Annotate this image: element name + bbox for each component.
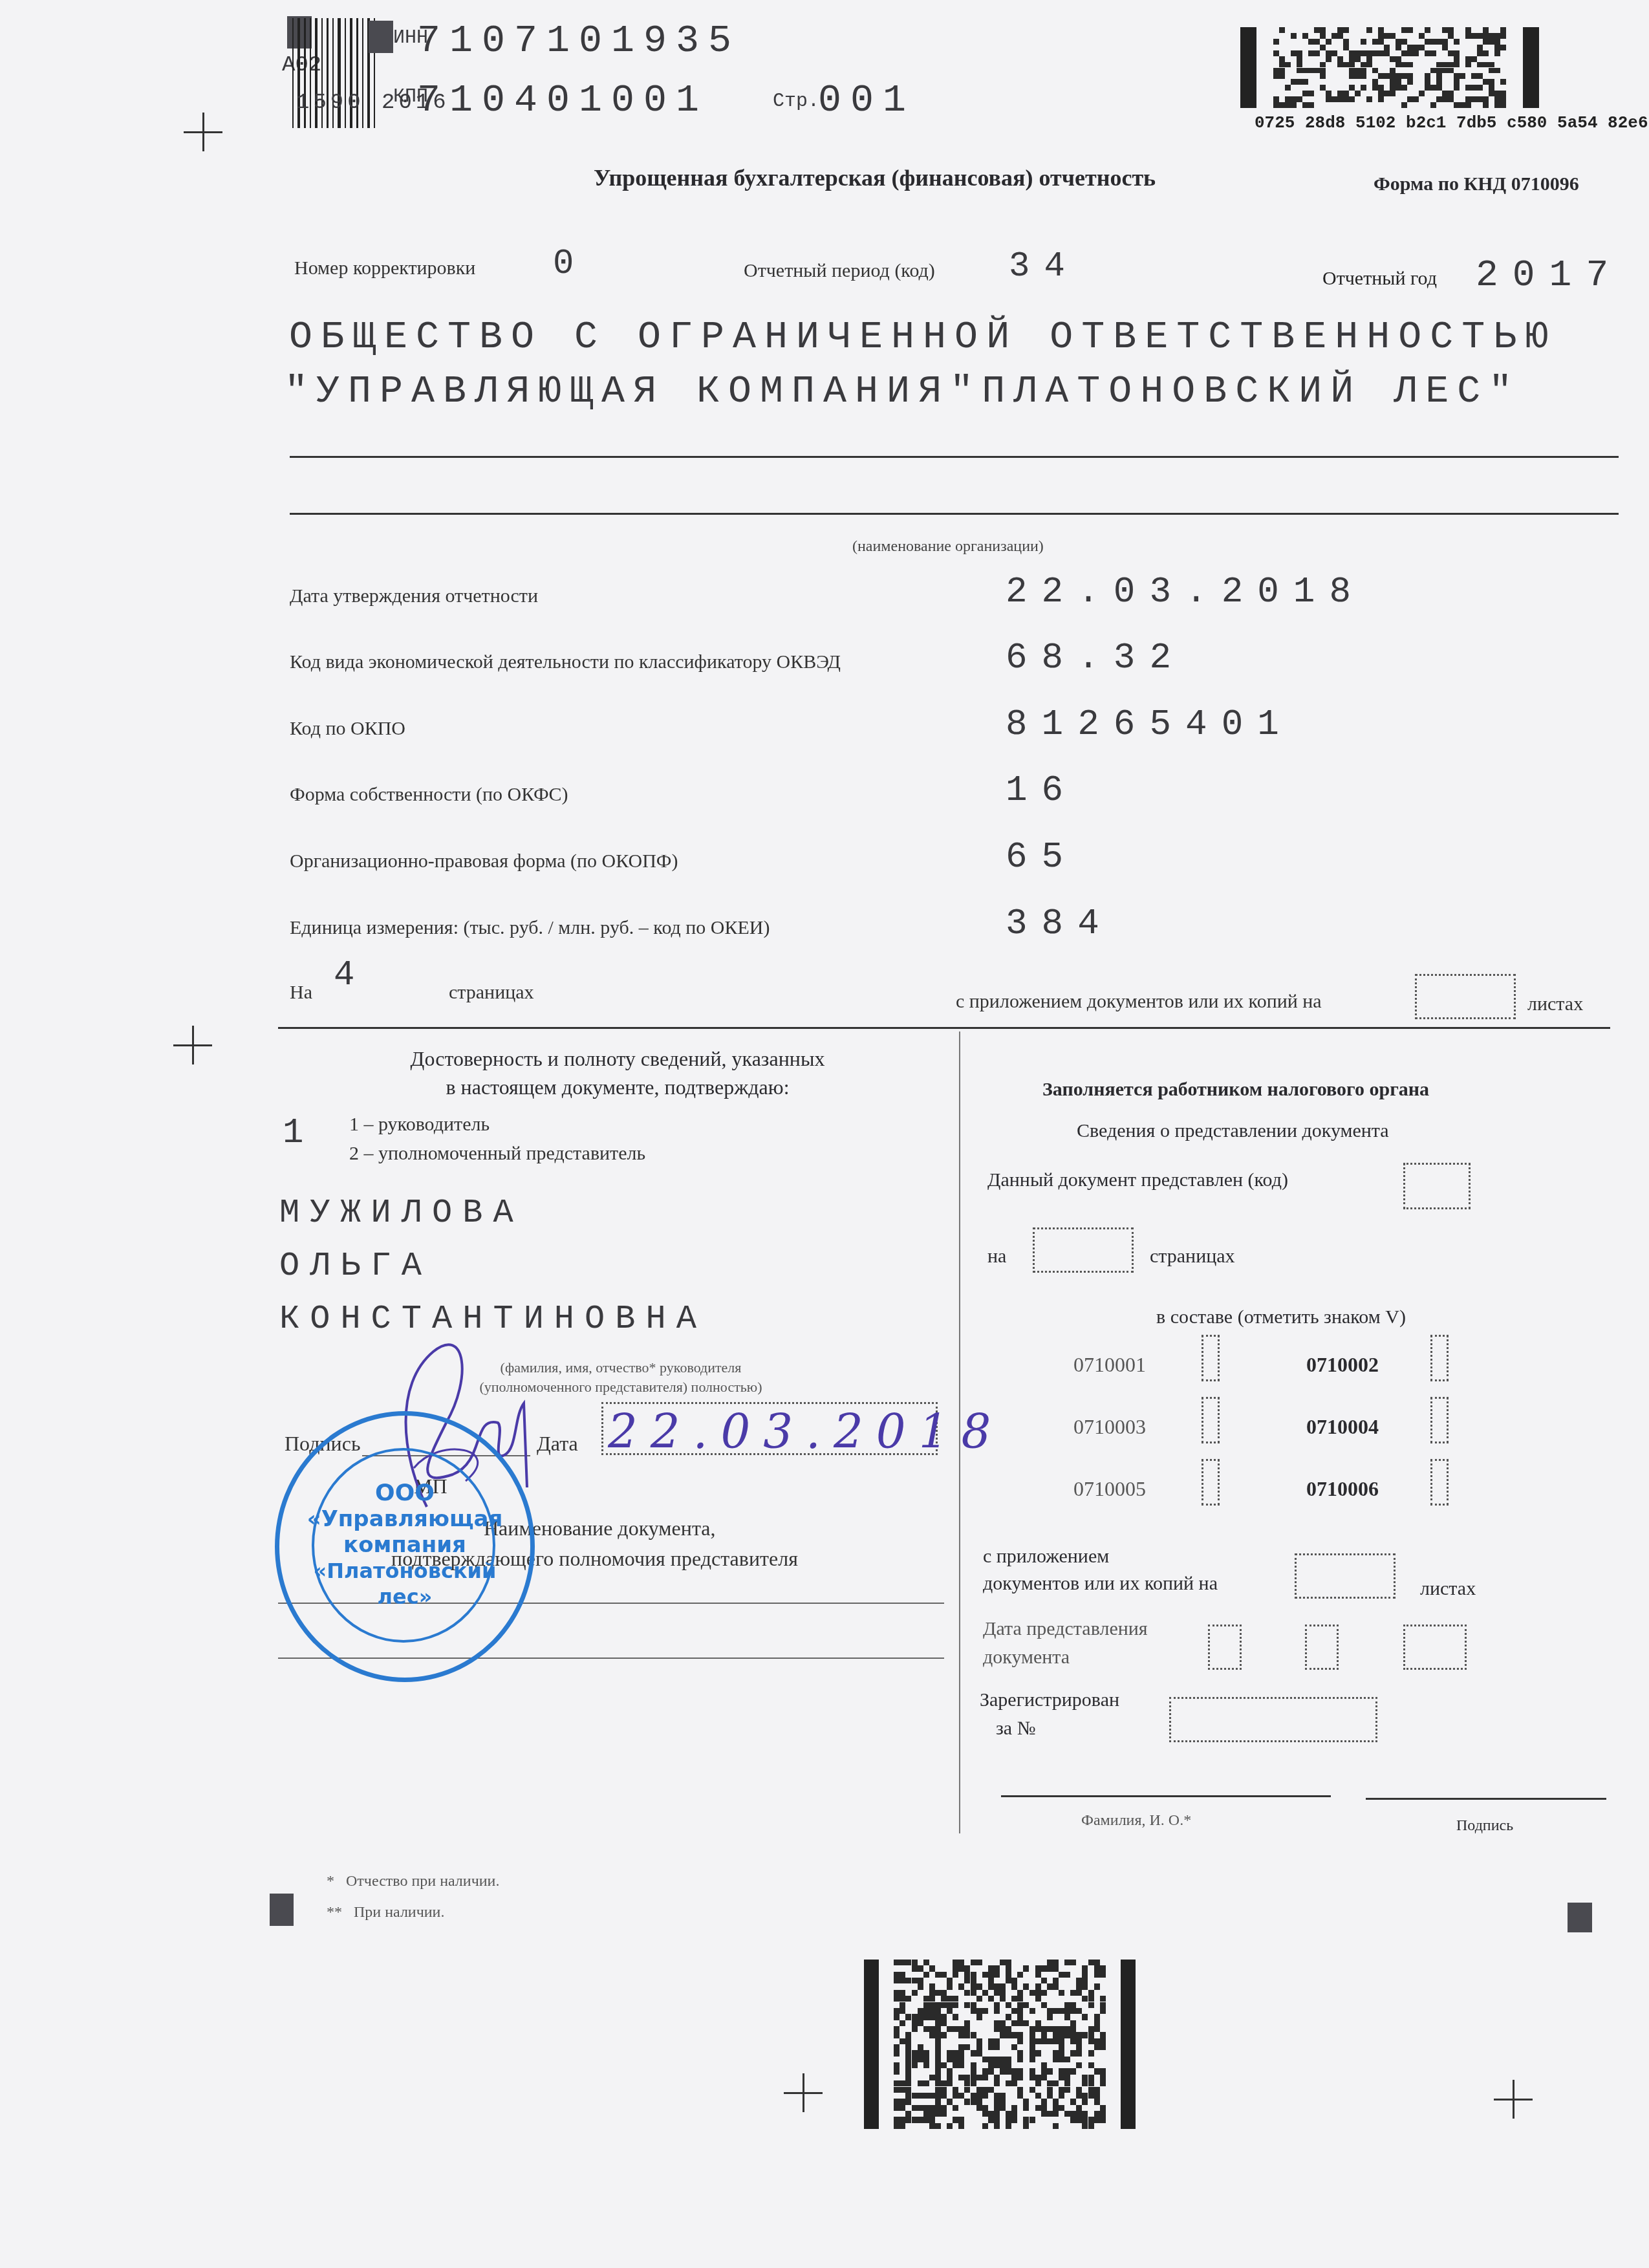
field-value: 65 <box>1006 836 1077 878</box>
field-value: 22.03.2018 <box>1006 571 1365 612</box>
tax-pages-field[interactable] <box>1033 1227 1134 1273</box>
correction-value: 0 <box>553 244 588 284</box>
field-label: Дата утверждения отчетности <box>290 585 538 607</box>
tax-attach-line2: документов или их копий на <box>983 1573 1218 1595</box>
submitted-code-field[interactable] <box>1403 1163 1471 1209</box>
registration-cross <box>784 2073 823 2112</box>
confirmation-heading-line1: Достоверность и полноту сведений, указан… <box>285 1044 951 1073</box>
field-label: Код вида экономической деятельности по к… <box>290 651 841 673</box>
attachments-suffix: листах <box>1527 993 1583 1015</box>
signer-surname: МУЖИЛОВА <box>279 1194 524 1232</box>
registered-line1: Зарегистрирован <box>980 1689 1119 1711</box>
section-divider <box>278 1027 1610 1029</box>
seal-line: лес» <box>279 1584 530 1610</box>
field-value: 384 <box>1006 903 1114 944</box>
registration-number-field[interactable] <box>1169 1697 1377 1742</box>
kpp-value: 710401001 <box>417 79 708 123</box>
seal-line: «Управляющая <box>279 1506 530 1532</box>
tax-signature-caption: Подпись <box>1456 1817 1513 1835</box>
submission-date-line1: Дата представления <box>983 1618 1148 1640</box>
field-label: Код по ОКПО <box>290 718 405 740</box>
pdf417-barcode <box>1240 27 1539 108</box>
form-code-label: 0710003 <box>1073 1415 1146 1439</box>
year-value: 2017 <box>1476 255 1622 297</box>
registration-mark-square <box>369 21 393 53</box>
signer-name: ОЛЬГА <box>279 1247 432 1285</box>
period-value: 34 <box>1009 247 1079 286</box>
registration-cross <box>184 113 222 151</box>
year-label: Отчетный год <box>1322 268 1437 290</box>
registration-cross <box>173 1026 212 1064</box>
tax-office-heading: Заполняется работником налогового органа <box>1042 1079 1429 1101</box>
organization-name-line1: ОБЩЕСТВО С ОГРАНИЧЕННОЙ ОТВЕТСТВЕННОСТЬЮ <box>289 316 1557 360</box>
tax-attach-sheets-field[interactable] <box>1295 1553 1396 1599</box>
period-label: Отчетный период (код) <box>744 260 935 282</box>
form-code-label: 0710004 <box>1306 1415 1379 1439</box>
pages-prefix: На <box>290 982 312 1004</box>
page-label: Стр. <box>773 91 819 113</box>
company-seal: ООО «Управляющая компания «Платоновский … <box>275 1411 535 1682</box>
tax-pages-prefix: на <box>987 1246 1006 1268</box>
field-label: Единица измерения: (тыс. руб. / млн. руб… <box>290 917 770 939</box>
form-checkbox[interactable] <box>1202 1335 1220 1381</box>
attachments-label: с приложением документов или их копий на <box>956 991 1322 1013</box>
organization-caption: (наименование организации) <box>852 538 1044 556</box>
tax-attach-line1: с приложением <box>983 1546 1109 1568</box>
form-code-label: 0710006 <box>1306 1477 1379 1501</box>
field-value: 68.32 <box>1006 637 1185 678</box>
form-title: Упрощенная бухгалтерская (финансовая) от… <box>594 164 1156 191</box>
fio-caption: Фамилия, И. О.* <box>1081 1812 1191 1830</box>
pages-suffix: страницах <box>449 982 534 1004</box>
submission-date-line2: документа <box>983 1647 1070 1669</box>
pages-count: 4 <box>334 956 354 995</box>
tax-office-subheading: Сведения о представлении документа <box>1077 1120 1389 1142</box>
tax-signature-line <box>1366 1798 1606 1800</box>
seal-center-text: ООО «Управляющая компания «Платоновский … <box>279 1480 530 1610</box>
confirmation-heading: Достоверность и полноту сведений, указан… <box>285 1044 951 1101</box>
form-code-label: 0710005 <box>1073 1477 1146 1501</box>
form-code-label: 0710002 <box>1306 1353 1379 1377</box>
pdf417-barcode-bottom <box>864 1960 1136 2129</box>
tax-attach-suffix: листах <box>1420 1578 1476 1600</box>
role-option-representative: 2 – уполномоченный представитель <box>349 1143 645 1165</box>
field-value: 81265401 <box>1006 704 1293 745</box>
field-label: Организационно-правовая форма (по ОКОПФ) <box>290 850 678 872</box>
organization-underline <box>290 456 1619 458</box>
form-checkbox[interactable] <box>1202 1397 1220 1443</box>
attachments-sheets-field[interactable] <box>1415 974 1516 1019</box>
submitted-code-label: Данный документ представлен (код) <box>987 1169 1288 1191</box>
seal-line: ООО <box>279 1480 530 1506</box>
organization-name-line2: "УПРАВЛЯЮЩАЯ КОМПАНИЯ"ПЛАТОНОВСКИЙ ЛЕС" <box>285 370 1520 414</box>
tax-pages-suffix: страницах <box>1150 1246 1235 1268</box>
footnote-patronymic: * Отчество при наличии. <box>327 1873 499 1890</box>
form-checkbox[interactable] <box>1430 1459 1449 1506</box>
form-checkbox[interactable] <box>1430 1397 1449 1443</box>
knd-code: Форма по КНД 0710096 <box>1374 173 1579 195</box>
submission-year-field[interactable] <box>1403 1625 1467 1670</box>
composition-label: в составе (отметить знаком V) <box>1156 1306 1406 1328</box>
sign-date-handwritten: 22.03.2018 <box>608 1405 1004 1459</box>
form-checkbox[interactable] <box>1430 1335 1449 1381</box>
seal-line: «Платоновский <box>279 1558 530 1584</box>
confirmation-heading-line2: в настоящем документе, подтверждаю: <box>285 1073 951 1101</box>
submission-day-field[interactable] <box>1208 1625 1242 1670</box>
submission-month-field[interactable] <box>1305 1625 1339 1670</box>
role-option-head: 1 – руководитель <box>349 1114 490 1136</box>
page-value: 001 <box>818 79 915 123</box>
form-checkbox[interactable] <box>1202 1459 1220 1506</box>
registration-mark-square <box>270 1894 294 1926</box>
seal-line: компания <box>279 1532 530 1558</box>
inn-value: 7107101935 <box>417 19 740 63</box>
registration-cross <box>1494 2080 1533 2119</box>
field-value: 16 <box>1006 770 1077 811</box>
correction-label: Номер корректировки <box>294 257 475 279</box>
registered-line2: за № <box>996 1718 1035 1740</box>
registration-mark-square <box>1568 1903 1592 1932</box>
pdf417-caption: 0725 28d8 5102 b2c1 7db5 c580 5a54 82e6 <box>1255 113 1648 133</box>
fio-line <box>1001 1795 1331 1797</box>
field-label: Форма собственности (по ОКФС) <box>290 784 568 806</box>
form-code-label: 0710001 <box>1073 1353 1146 1377</box>
organization-underline <box>290 513 1619 515</box>
footnote-optional: ** При наличии. <box>327 1904 444 1921</box>
role-code: 1 <box>283 1114 303 1153</box>
